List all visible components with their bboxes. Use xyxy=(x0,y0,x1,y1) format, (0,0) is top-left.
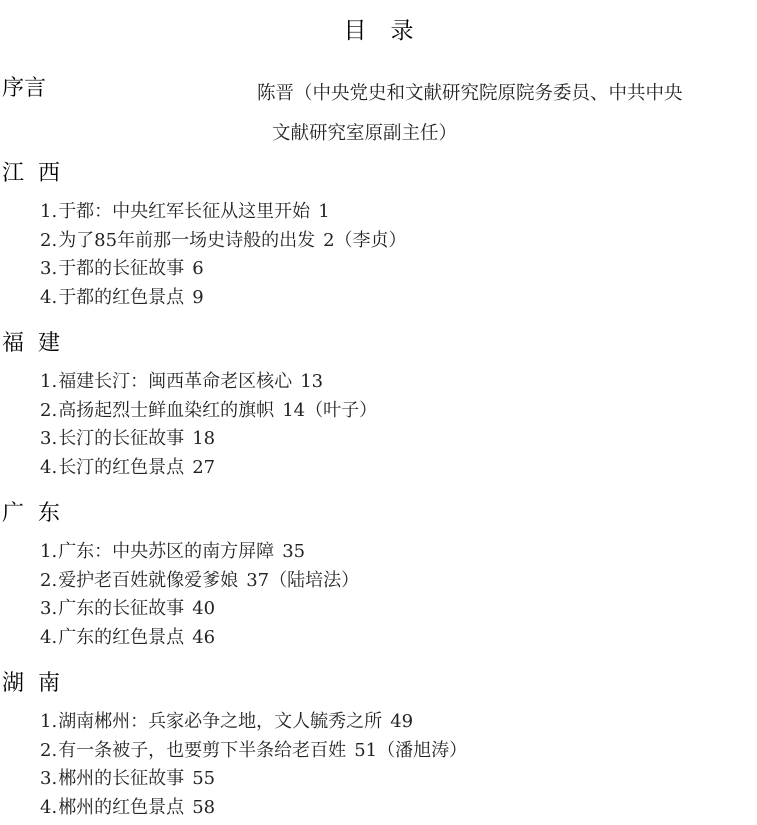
entry-page: 55 xyxy=(192,768,215,789)
entry-number: 1. xyxy=(40,711,57,732)
page-title: 目录 xyxy=(0,14,757,48)
entry-title: 为了85年前那一场史诗般的出发 xyxy=(58,230,315,251)
toc-entry[interactable]: 1.湖南郴州：兵家必争之地，文人毓秀之所49 xyxy=(40,708,467,737)
toc-entry[interactable]: 4.广东的红色景点46 xyxy=(40,624,359,653)
section-heading: 湖南 xyxy=(2,668,74,700)
toc-list: 1.广东：中央苏区的南方屏障35 2.爱护老百姓就像爱爹娘37（陆培法） 3.广… xyxy=(40,538,359,652)
preface-author-line-1: 陈晋（中央党史和文献研究院原院务委员、中共中央 xyxy=(257,83,683,104)
entry-author: （李贞） xyxy=(335,230,407,251)
toc-list: 1.湖南郴州：兵家必争之地，文人毓秀之所49 2.有一条被子，也要剪下半条给老百… xyxy=(40,708,467,822)
preface-author: 陈晋（中央党史和文献研究院原院务委员、中共中央 文献研究室原副主任） xyxy=(257,74,757,154)
toc-entry[interactable]: 3.郴州的长征故事55 xyxy=(40,765,467,794)
entry-page: 37 xyxy=(246,570,269,591)
entry-page: 49 xyxy=(390,711,413,732)
entry-number: 2. xyxy=(40,230,57,251)
entry-page: 9 xyxy=(192,287,203,308)
toc-entry[interactable]: 1.福建长汀：闽西革命老区核心13 xyxy=(40,368,377,397)
entry-page: 6 xyxy=(192,258,203,279)
toc-entry[interactable]: 3.长汀的长征故事18 xyxy=(40,425,377,454)
entry-number: 3. xyxy=(40,428,57,449)
entry-number: 3. xyxy=(40,598,57,619)
entry-title: 郴州的长征故事 xyxy=(58,768,184,789)
toc-entry[interactable]: 1.广东：中央苏区的南方屏障35 xyxy=(40,538,359,567)
toc-entry[interactable]: 4.于都的红色景点9 xyxy=(40,284,407,313)
toc-list: 1.福建长汀：闽西革命老区核心13 2.高扬起烈士鲜血染红的旗帜14（叶子） 3… xyxy=(40,368,377,482)
entry-number: 1. xyxy=(40,541,57,562)
entry-title: 爱护老百姓就像爱爹娘 xyxy=(58,570,238,591)
toc-entry[interactable]: 2.为了85年前那一场史诗般的出发2（李贞） xyxy=(40,227,407,256)
entry-number: 4. xyxy=(40,457,57,478)
entry-page: 18 xyxy=(192,428,215,449)
preface-heading: 序言 xyxy=(2,73,46,105)
entry-page: 14 xyxy=(282,400,305,421)
section-heading: 广东 xyxy=(2,498,74,530)
toc-entry[interactable]: 2.高扬起烈士鲜血染红的旗帜14（叶子） xyxy=(40,397,377,426)
entry-number: 4. xyxy=(40,627,57,648)
entry-number: 4. xyxy=(40,797,57,818)
toc-entry[interactable]: 4.郴州的红色景点58 xyxy=(40,794,467,823)
toc-entry[interactable]: 2.爱护老百姓就像爱爹娘37（陆培法） xyxy=(40,567,359,596)
entry-title: 高扬起烈士鲜血染红的旗帜 xyxy=(58,400,274,421)
entry-number: 3. xyxy=(40,768,57,789)
entry-page: 13 xyxy=(300,371,323,392)
entry-author: （陆培法） xyxy=(269,570,359,591)
toc-list: 1.于都：中央红军长征从这里开始1 2.为了85年前那一场史诗般的出发2（李贞）… xyxy=(40,198,407,312)
entry-number: 2. xyxy=(40,740,57,761)
entry-title: 于都的红色景点 xyxy=(58,287,184,308)
entry-number: 4. xyxy=(40,287,57,308)
entry-number: 2. xyxy=(40,570,57,591)
entry-page: 27 xyxy=(192,457,215,478)
entry-page: 46 xyxy=(192,627,215,648)
entry-title: 福建长汀：闽西革命老区核心 xyxy=(58,371,292,392)
entry-title: 于都的长征故事 xyxy=(58,258,184,279)
entry-page: 51 xyxy=(354,740,377,761)
entry-page: 40 xyxy=(192,598,215,619)
toc-entry[interactable]: 3.于都的长征故事6 xyxy=(40,255,407,284)
entry-title: 广东的长征故事 xyxy=(58,598,184,619)
entry-number: 1. xyxy=(40,371,57,392)
entry-number: 3. xyxy=(40,258,57,279)
entry-title: 有一条被子，也要剪下半条给老百姓 xyxy=(58,740,346,761)
entry-page: 58 xyxy=(192,797,215,818)
entry-page: 1 xyxy=(318,201,329,222)
preface-author-line-2: 文献研究室原副主任） xyxy=(257,114,757,154)
toc-entry[interactable]: 2.有一条被子，也要剪下半条给老百姓51（潘旭涛） xyxy=(40,737,467,766)
entry-title: 于都：中央红军长征从这里开始 xyxy=(58,201,310,222)
entry-author: （潘旭涛） xyxy=(377,740,467,761)
entry-number: 1. xyxy=(40,201,57,222)
entry-title: 郴州的红色景点 xyxy=(58,797,184,818)
toc-entry[interactable]: 3.广东的长征故事40 xyxy=(40,595,359,624)
entry-page: 35 xyxy=(282,541,305,562)
entry-title: 广东的红色景点 xyxy=(58,627,184,648)
entry-title: 广东：中央苏区的南方屏障 xyxy=(58,541,274,562)
entry-title: 长汀的长征故事 xyxy=(58,428,184,449)
toc-entry[interactable]: 4.长汀的红色景点27 xyxy=(40,454,377,483)
entry-page: 2 xyxy=(323,230,334,251)
toc-entry[interactable]: 1.于都：中央红军长征从这里开始1 xyxy=(40,198,407,227)
section-heading: 江西 xyxy=(2,158,74,190)
entry-title: 湖南郴州：兵家必争之地，文人毓秀之所 xyxy=(58,711,382,732)
entry-title: 长汀的红色景点 xyxy=(58,457,184,478)
section-heading: 福建 xyxy=(2,328,74,360)
entry-number: 2. xyxy=(40,400,57,421)
entry-author: （叶子） xyxy=(305,400,377,421)
